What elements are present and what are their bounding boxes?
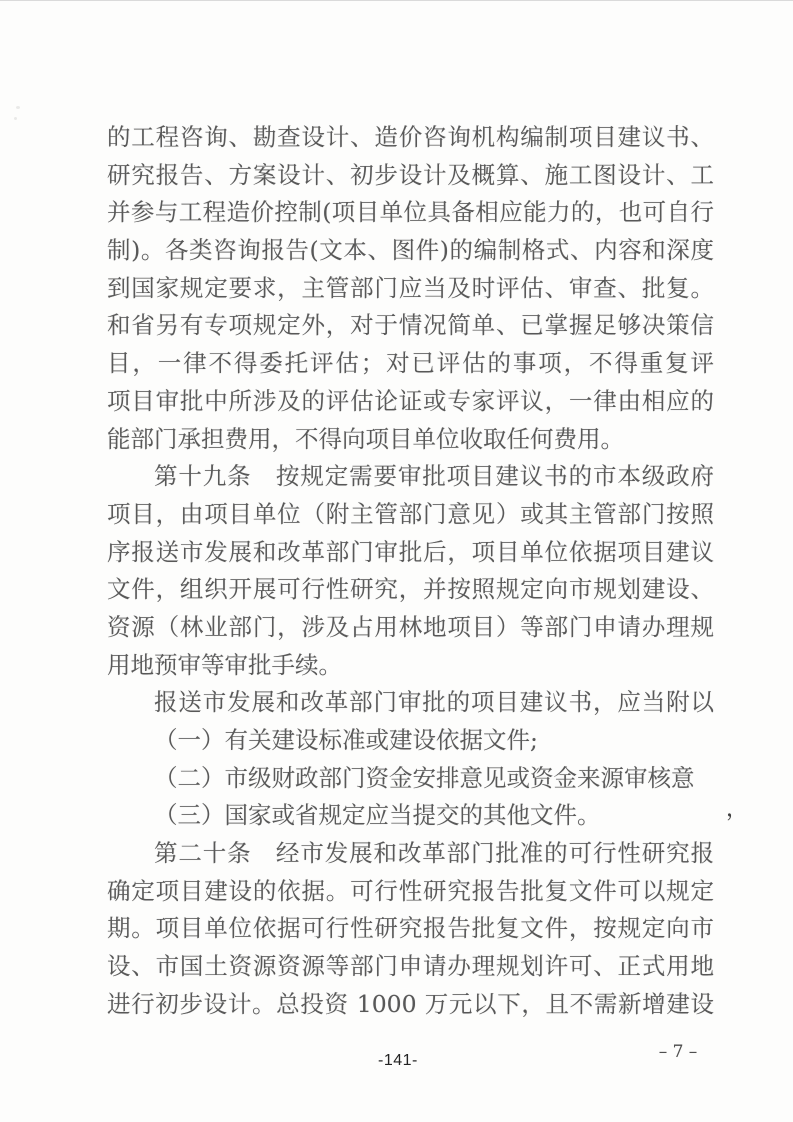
text-line-list-item-1: （一）有关建设标准或建设依据文件; [107,722,714,760]
text-line: 资源（林业部门，涉及占用林地项目）等部门申请办理规划选址、 [107,609,714,647]
text-line: 能部门承担费用，不得向项目单位收取任何费用。 [107,421,714,459]
text-line: 制)。各类咨询报告(文本、图件)的编制格式、内容和深度应当达 [107,232,714,270]
scan-speck [16,106,20,109]
scan-speck [14,117,17,120]
text-line: 项目审批中所涉及的评估论证或专家评议，一律由相应的审批职 [107,383,714,421]
text-line-article-20: 第二十条 经市发展和改革部门批准的可行性研究报告是 [107,835,714,873]
text-line: 到国家规定要求，主管部门应当及时评估、审查、批复。除国家 [107,270,714,308]
text-line: 的工程咨询、勘查设计、造价咨询机构编制项目建议书、可行性 [107,119,714,157]
text-line-article-19: 第十九条 按规定需要审批项目建议书的市本级政府投资 [107,458,714,496]
text-line: 并参与工程造价控制(项目单位具备相应能力的，也可自行编 [107,194,714,232]
text-line: 和省另有专项规定外，对于情况简单、已掌握足够决策信息的项 [107,307,714,345]
text-line: 用地预审等审批手续。 [107,647,714,685]
scan-edge-artifact [0,0,793,1]
text-line: 期。项目单位依据可行性研究报告批复文件，按规定向市规划建 [107,910,714,948]
page-number-center: -141- [378,1052,418,1070]
text-line: 项目，由项目单位（附主管部门意见）或其主管部门按照规定程 [107,496,714,534]
text-line: 序报送市发展和改革部门审批后，项目单位依据项目建议书批复 [107,534,714,572]
text-line: 研究报告、方案设计、初步设计及概算、施工图设计、工程预算， [107,157,714,195]
document-body: 的工程咨询、勘查设计、造价咨询机构编制项目建议书、可行性 研究报告、方案设计、初… [107,119,714,1024]
text-line: 设、市国土资源资源等部门申请办理规划许可、正式用地等手续， [107,948,714,986]
document-page: 的工程咨询、勘查设计、造价咨询机构编制项目建议书、可行性 研究报告、方案设计、初… [0,0,793,1122]
text-line: 目，一律不得委托评估；对已评估的事项，不得重复评估。建设 [107,345,714,383]
text-line-list-item-3: （三）国家或省规定应当提交的其他文件。 [107,797,714,835]
text-line: 文件，组织开展可行性研究，并按照规定向市规划建设、市国土 [107,571,714,609]
text-line: 报送市发展和改革部门审批的项目建议书，应当附以下文件: [107,684,714,722]
text-line: 确定项目建设的依据。可行性研究报告批复文件可以规定有效 [107,873,714,911]
text-line-list-item-2: （二）市级财政部门资金安排意见或资金来源审核意见; [107,760,714,798]
stray-comma-mark: ， [726,792,748,823]
text-line: 进行初步设计。总投资 1000 万元以下，且不需新增建设用地的 [107,986,714,1024]
page-number-right: – 7 – [636,1042,720,1062]
